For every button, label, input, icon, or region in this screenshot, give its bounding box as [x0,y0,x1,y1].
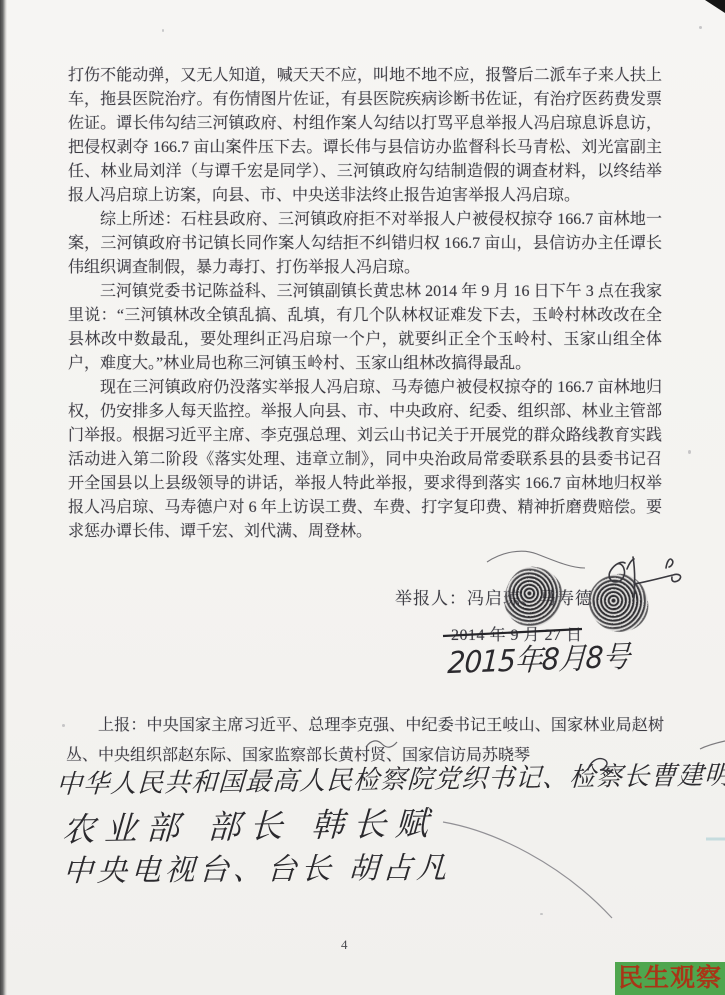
faint-arc-mark [443,822,612,918]
scan-speck [688,450,691,454]
paragraph-2: 综上所述：石柱县政府、三河镇政府拒不对举报人户被侵权掠夺 166.7 亩林地一案… [68,208,662,280]
signer-label: 举报人： [395,589,467,608]
paragraph-3: 三河镇党委书记陈益科、三河镇副镇长黄忠林 2014 年 9 月 16 日下午 3… [68,280,662,376]
paragraph-1: 打伤不能动弹，又无人知道，喊天天不应，叫地不地不应，报警后二派车子来人扶上车，拖… [68,64,662,208]
scan-edge-shadow [0,0,7,995]
watermark-badge: 民生观察 [615,962,725,995]
paragraph-4: 现在三河镇政府仍没落实举报人冯启琼、马寿德户被侵权掠夺的 166.7 亩林地归权… [68,376,662,544]
fingerprint-stamp-1 [501,563,566,630]
page-number: 4 [341,937,348,953]
faint-pen-wave [487,551,585,568]
scanned-petition-page: 打伤不能动弹，又无人知道，喊天天不应，叫地不地不应，报警后二派车子来人扶上车，拖… [0,0,725,995]
handwritten-date: 2015年8月8号 [447,632,631,682]
scan-speck [162,29,164,32]
scan-speck [62,724,65,727]
scan-speck [699,26,702,29]
corner-fold-mark [705,0,725,13]
signature-line: 举报人：冯启琼、马寿德 [395,584,593,609]
pen-dash-mark [700,741,725,749]
fingerprint-stamp-2 [586,571,651,635]
handwritten-note-3: 中央电视台、台长 胡占凡 [62,843,451,890]
scan-speck [540,913,543,915]
document-body: 打伤不能动弹，又无人知道，喊天天不应，叫地不地不应，报警后二派车子来人扶上车，拖… [68,64,662,544]
